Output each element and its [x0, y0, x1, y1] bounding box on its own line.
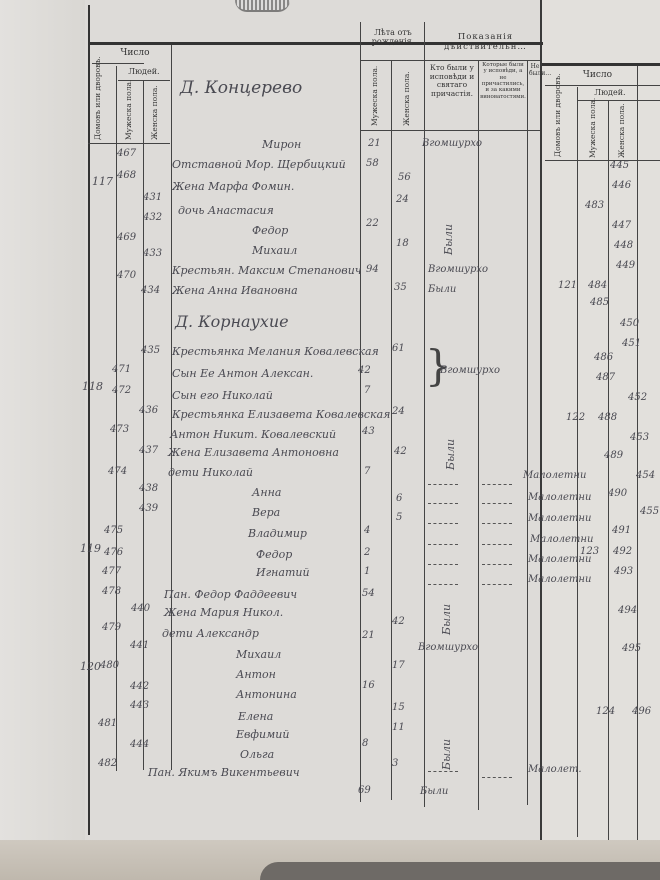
confession-note: Вгомшурхо: [418, 642, 478, 653]
right-female-number: 455: [640, 506, 659, 517]
female-number: 434: [141, 285, 160, 296]
age-female: 35: [394, 282, 407, 293]
female-number: 438: [139, 483, 158, 494]
right-male-number: 489: [604, 450, 623, 461]
blank-dash: [482, 484, 512, 486]
female-number: 435: [141, 345, 160, 356]
person-name: дочь Анастасия: [178, 204, 274, 217]
col-divider: [527, 60, 528, 805]
person-name: Игнатий: [256, 566, 310, 579]
page-margin: [0, 0, 85, 880]
female-number: 444: [130, 739, 149, 750]
male-number: 470: [117, 270, 136, 281]
male-number: 475: [104, 525, 123, 536]
male-number: 476: [104, 547, 123, 558]
age-male: 58: [366, 158, 379, 169]
confession-note: Были: [442, 175, 455, 255]
blank-dash: [482, 564, 512, 566]
age-male: 7: [364, 466, 370, 477]
marginal-note: Малолетни: [528, 574, 591, 585]
confession-note: Вгомшурхо: [428, 264, 488, 275]
right-col-divider: [637, 66, 638, 840]
confession-note: Вгомшурхо: [422, 138, 482, 149]
age-female: 6: [396, 493, 402, 504]
blank-dash: [482, 503, 512, 505]
age-female: 3: [392, 758, 398, 769]
header-bottom-rule: [360, 130, 540, 131]
right-male-number: 493: [614, 566, 633, 577]
right-female-number: 449: [616, 260, 635, 271]
age-male: 8: [362, 738, 368, 749]
header-households: Домовъ или дворовъ.: [93, 70, 102, 140]
marginal-note: Малолетни: [528, 513, 591, 524]
section-title-village: Д. Концерево: [180, 78, 302, 98]
male-number: 473: [110, 424, 129, 435]
right-female-number: 450: [620, 318, 639, 329]
age-male: 42: [358, 365, 371, 376]
person-name: Ольга: [240, 748, 274, 761]
right-male-number: 494: [618, 605, 637, 616]
right-male-number: 492: [613, 546, 632, 557]
person-name: Жена Анна Ивановна: [172, 284, 298, 297]
male-number: 480: [100, 660, 119, 671]
right-header-number-label: Число: [575, 70, 620, 80]
header-testimony-group: Показанія дѣйствительн…: [428, 33, 543, 53]
household-number: 118: [82, 380, 103, 393]
age-female: 17: [392, 660, 405, 671]
age-male: 4: [364, 525, 370, 536]
age-female: 5: [396, 512, 402, 523]
person-name: Михаил: [252, 244, 297, 257]
blank-dash: [428, 771, 458, 773]
age-female: 24: [396, 194, 409, 205]
header-female: Женска пола.: [150, 86, 159, 140]
person-name: Антонина: [236, 688, 297, 701]
marginal-note: Малолетни: [528, 492, 591, 503]
female-number: 441: [130, 640, 149, 651]
right-male-number: 488: [598, 412, 617, 423]
right-female-number: 446: [612, 180, 631, 191]
blank-dash: [482, 584, 512, 586]
blank-dash: [482, 777, 512, 779]
person-name: Анна: [252, 486, 281, 499]
right-male-number: 487: [596, 372, 615, 383]
person-name: Федор: [252, 224, 288, 237]
right-male-number: 490: [608, 488, 627, 499]
person-name: Крестьянка Елизавета Ковалевская: [172, 408, 390, 421]
header-people-label: Людей.: [124, 67, 164, 76]
female-number: 443: [130, 700, 149, 711]
blank-dash: [428, 544, 458, 546]
person-name: Антон: [236, 668, 276, 681]
male-number: 469: [117, 232, 136, 243]
age-male: 16: [362, 680, 375, 691]
header-age-male: Мужеска пола.: [370, 64, 379, 126]
confession-note: Были: [444, 410, 457, 470]
female-number: 437: [139, 445, 158, 456]
blank-dash: [482, 544, 512, 546]
right-header-people: Людей.: [590, 88, 630, 97]
age-male: 21: [362, 630, 375, 641]
age-female: 24: [392, 406, 405, 417]
female-number: 436: [139, 405, 158, 416]
confession-note: Были: [440, 595, 453, 635]
person-name: Мирон: [262, 138, 301, 151]
age-male: 69: [358, 785, 371, 796]
age-female: 61: [392, 343, 405, 354]
blank-dash: [428, 564, 458, 566]
female-number: 439: [139, 503, 158, 514]
male-number: 472: [112, 385, 131, 396]
person-name: Сын его Николай: [172, 389, 273, 402]
header-number-label: Число: [115, 48, 155, 58]
age-male: 1: [364, 566, 370, 577]
person-name: дети Николай: [168, 466, 253, 479]
person-name: Вера: [252, 506, 280, 519]
person-name: Михаил: [236, 648, 281, 661]
female-number: 433: [143, 248, 162, 259]
female-number: 442: [130, 681, 149, 692]
person-name: Евфимий: [236, 728, 289, 741]
blank-dash: [428, 503, 458, 505]
person-name: Владимир: [248, 527, 307, 540]
person-name: Пан. Федор Фаддеевич: [164, 588, 297, 601]
table-border-left: [88, 5, 90, 835]
header-confessed: Кто были у исповѣди и святаго причастія.: [426, 64, 478, 99]
person-name: Жена Елизавета Антоновна: [168, 446, 339, 459]
age-female: 42: [392, 616, 405, 627]
right-household-number: 123: [580, 546, 599, 557]
male-number: 481: [98, 718, 117, 729]
header-rule: [360, 60, 540, 61]
person-name: Сын Ее Антон Алексан.: [172, 367, 313, 380]
blank-dash: [428, 584, 458, 586]
right-male-number: 485: [590, 297, 609, 308]
age-female: 56: [398, 172, 411, 183]
confession-note: Были: [420, 786, 448, 797]
age-female: 42: [394, 446, 407, 457]
col-divider: [391, 60, 392, 800]
male-number: 467: [117, 148, 136, 159]
male-number: 479: [102, 622, 121, 633]
right-header-female: Женска пола.: [617, 104, 626, 158]
right-col-divider: [577, 87, 578, 837]
male-number: 474: [108, 466, 127, 477]
person-name: Федор: [256, 548, 292, 561]
col-divider: [143, 80, 144, 770]
right-header-male: Мужеска пола.: [588, 104, 597, 158]
female-number: 432: [143, 212, 162, 223]
person-name: Отставной Мор. Щербицкий: [172, 158, 346, 171]
age-female: 11: [392, 722, 405, 733]
right-header-households: Домовъ или дворовъ.: [553, 92, 562, 157]
header-male: Мужеска пола.: [124, 86, 133, 140]
right-header-bottom-rule: [545, 160, 660, 161]
person-name: Крестьянка Мелания Ковалевская: [172, 345, 379, 358]
confession-note: Были: [428, 284, 456, 295]
right-female-number: 451: [622, 338, 641, 349]
household-number: 117: [92, 175, 113, 188]
age-female: 15: [392, 702, 405, 713]
right-male-number: 486: [594, 352, 613, 363]
person-name: Елена: [238, 710, 273, 723]
right-female-number: 447: [612, 220, 631, 231]
male-number: 478: [102, 586, 121, 597]
right-male-number: 491: [612, 525, 631, 536]
col-divider: [478, 60, 479, 810]
right-header-rule: [542, 63, 660, 66]
table-shadow: [260, 862, 660, 880]
right-household-number: 121: [558, 280, 577, 291]
right-female-number: 454: [636, 470, 655, 481]
right-male-number: 483: [585, 200, 604, 211]
right-male-number: 496: [632, 706, 651, 717]
right-female-number: 448: [614, 240, 633, 251]
right-female-number: 453: [630, 432, 649, 443]
household-number: 120: [80, 660, 101, 673]
person-name: Жена Марфа Фомин.: [172, 180, 294, 193]
male-number: 477: [102, 566, 121, 577]
female-number: 440: [131, 603, 150, 614]
male-number: 468: [117, 170, 136, 181]
person-name: дети Александр: [162, 627, 259, 640]
marginal-note: Малолет.: [528, 764, 582, 775]
age-male: 7: [364, 385, 370, 396]
age-male: 22: [366, 218, 379, 229]
age-female: 18: [396, 238, 409, 249]
right-female-number: 445: [610, 160, 629, 171]
section-title-village: Д. Корнаухие: [175, 312, 289, 331]
age-male: 94: [366, 264, 379, 275]
right-female-number: 452: [628, 392, 647, 403]
person-name: Пан. Якимъ Викентьевич: [148, 766, 300, 779]
age-male: 54: [362, 588, 375, 599]
age-male: 43: [362, 426, 375, 437]
header-partial: Не были…: [529, 64, 541, 78]
person-name: Крестьян. Максим Степанович: [172, 264, 362, 277]
age-male: 2: [364, 547, 370, 558]
header-age-group: Лѣта отъ рожденія.: [363, 28, 423, 46]
confession-note: Были: [440, 680, 453, 770]
person-name: Антон Никит. Ковалевский: [170, 428, 336, 441]
right-household-number: 124: [596, 706, 615, 717]
header-not-communed: Которые были у исповѣди, а не причастили…: [480, 62, 526, 100]
age-male: 21: [368, 138, 381, 149]
header-age-female: Женска пола.: [402, 64, 411, 126]
blank-dash: [428, 484, 458, 486]
blank-dash: [428, 523, 458, 525]
person-name: Жена Мария Никол.: [164, 606, 283, 619]
right-household-number: 122: [566, 412, 585, 423]
confession-note: Вгомшурхо: [440, 365, 500, 376]
household-number: 119: [80, 542, 101, 555]
right-male-number: 495: [622, 643, 641, 654]
male-number: 471: [112, 364, 131, 375]
right-header-rule: [545, 85, 660, 86]
header-bottom-rule: [88, 143, 170, 144]
female-number: 431: [143, 192, 162, 203]
right-male-number: 484: [588, 280, 607, 291]
male-number: 482: [98, 758, 117, 769]
printed-emblem-icon: [235, 0, 290, 12]
marginal-note: Малолетни: [530, 534, 593, 545]
right-col-divider: [608, 100, 609, 840]
marginal-note: Малолетни: [523, 470, 586, 481]
blank-dash: [482, 523, 512, 525]
